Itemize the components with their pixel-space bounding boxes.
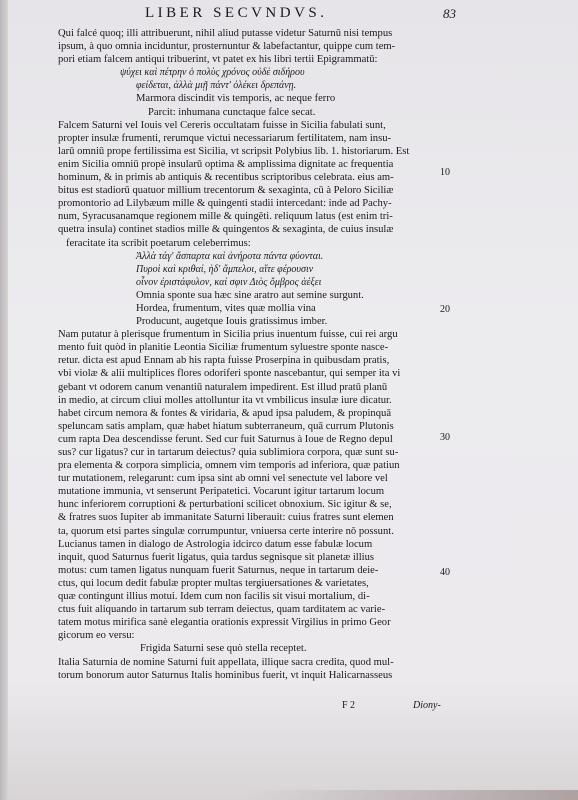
page-text-block: Qui falcé quoq; illi attribuerunt, nihil… xyxy=(58,27,428,682)
paragraph-line: motus: cum tamen ligatus nunquam fuerit … xyxy=(58,564,428,577)
paragraph-line: Nam putatur à plerisque frumentum in Sic… xyxy=(58,328,428,341)
greek-verse-line: οἶνον ἐριστάφυλον, καί σφιν Διὸς ὄμβρος … xyxy=(58,276,428,289)
paragraph-line: bitus est stadiorū quatuor millium trece… xyxy=(58,184,428,197)
paragraph-line: retur. dicta est apud Ennam ab his rapta… xyxy=(58,354,428,367)
body-line: ipsum, à quo omnia inciduntur, prosternu… xyxy=(58,40,428,53)
running-head: LIBER SECVNDVS. xyxy=(145,5,328,22)
paragraph-line: ctus fuit aliquando in tartarum sub terr… xyxy=(58,603,428,616)
paragraph-line: & fratres suos Iupiter ab immanitate Sat… xyxy=(58,511,428,524)
latin-verse-line: Omnia sponte sua hæc sine aratro aut sem… xyxy=(58,289,428,302)
folio-number: 83 xyxy=(443,6,456,22)
paragraph-line: num, Syracusanamque regionem mille & qui… xyxy=(58,210,428,223)
paragraph-line: tatem motus mirifica sanè elegantia orat… xyxy=(58,616,428,629)
paragraph-line: ctus, qui locum dedit fabulæ propter mul… xyxy=(58,577,428,590)
paragraph-line: habet circum nemora & fontes & viridaria… xyxy=(58,407,428,420)
paragraph-line: speluncam satis amplam, quæ habet hiatum… xyxy=(58,420,428,433)
paragraph-line: sus? cur ligatus? cur in tartarum deiect… xyxy=(58,446,428,459)
latin-epigram-line: Marmora discindit vis temporis, ac neque… xyxy=(58,92,428,105)
paragraph-line: Italia Saturnia de nomine Saturni fuit a… xyxy=(58,656,428,669)
paragraph-line: quetra insula) continet stadios mille & … xyxy=(58,223,428,236)
paragraph-line: larū omniū prope fertilissima est Sicili… xyxy=(58,145,428,158)
latin-epigram-line: Parcit: inhumana cunctaque falce secat. xyxy=(58,106,428,119)
margin-line-number: 20 xyxy=(440,304,450,315)
paragraph-line: quæ contingunt illius motui. Idem cum no… xyxy=(58,590,428,603)
paragraph-line: tur mutationem, relegarunt: cum ipsa sin… xyxy=(58,472,428,485)
paragraph-line: gicorum eo versu: xyxy=(58,629,428,642)
paragraph-line: mutatione immunia, vt senserunt Peripate… xyxy=(58,485,428,498)
paragraph-line: gebant vt odorem canum venantiū naturale… xyxy=(58,381,428,394)
paragraph-line: pra elementa & corpora simplicia, omnem … xyxy=(58,459,428,472)
paragraph-line: torum bonorum autor Saturnus Italis homi… xyxy=(58,669,428,682)
catchword: Diony- xyxy=(413,700,441,711)
paragraph-line: hunc inferiorem corruptioni & perturbati… xyxy=(58,498,428,511)
paragraph-line: cum rapta Dea descendisse ferunt. Sed cu… xyxy=(58,433,428,446)
virgil-verse-line: Frigida Saturni sese quò stella receptet… xyxy=(58,642,428,655)
paragraph-line: Lucianus tamen in dialogo de Astrologia … xyxy=(58,538,428,551)
paragraph-line: propter insulæ frumenti, rerumque victui… xyxy=(58,132,428,145)
body-line: Qui falcé quoq; illi attribuerunt, nihil… xyxy=(58,27,428,40)
margin-line-number: 40 xyxy=(440,567,450,578)
paragraph-line: mento fuit quòd in planitie Leontia Sici… xyxy=(58,341,428,354)
greek-verse-line: Πυροὶ καὶ κριθαί, ἠδ' ἄμπελοι, αἵτε φέρο… xyxy=(58,263,428,276)
paragraph-line: promontorio ad Lilybæum mille & quingent… xyxy=(58,197,428,210)
greek-verse-line: Ἀλλὰ τάγ' ἄσπαρτα καὶ ἀνήροτα πάντα φύον… xyxy=(58,250,428,263)
body-line: pori etiam falcem antiqui tribuerint, vt… xyxy=(58,53,428,66)
page-bottom-shadow xyxy=(250,790,578,800)
paragraph-line: in medio, at circum cliui molles attollu… xyxy=(58,394,428,407)
signature-mark: F 2 xyxy=(342,700,355,711)
paragraph-line: enim Sicilia omniū propè insularū optima… xyxy=(58,158,428,171)
greek-epigram-line: φείδεται, ἀλλὰ μιῇ πάντ' ὀλέκει δρεπάνῃ. xyxy=(58,79,428,92)
greek-epigram-line: ψύχει καὶ πέτρην ὁ πολὺς χρόνος οὐδὲ σιδ… xyxy=(58,66,428,79)
paragraph-line: vbi violæ & alii multiplices flores odor… xyxy=(58,367,428,380)
paragraph-line: hominum, & in primis ab antiquis & recen… xyxy=(58,171,428,184)
paragraph-line: inquit, quod Saturnus fuerit ligatus, qu… xyxy=(58,551,428,564)
latin-verse-line: Hordea, frumentum, vites quæ mollia vina xyxy=(58,302,428,315)
paragraph-line: feracitate ita scribit poetarum celeberr… xyxy=(58,237,428,250)
paragraph-line: ta, quorum etsi partes singulæ corrumpun… xyxy=(58,525,428,538)
latin-verse-line: Producunt, augetque Iouis gratissimus im… xyxy=(58,315,428,328)
margin-line-number: 10 xyxy=(440,167,450,178)
paragraph-line: Falcem Saturni vel Iouis vel Cereris occ… xyxy=(58,119,428,132)
margin-line-number: 30 xyxy=(440,432,450,443)
